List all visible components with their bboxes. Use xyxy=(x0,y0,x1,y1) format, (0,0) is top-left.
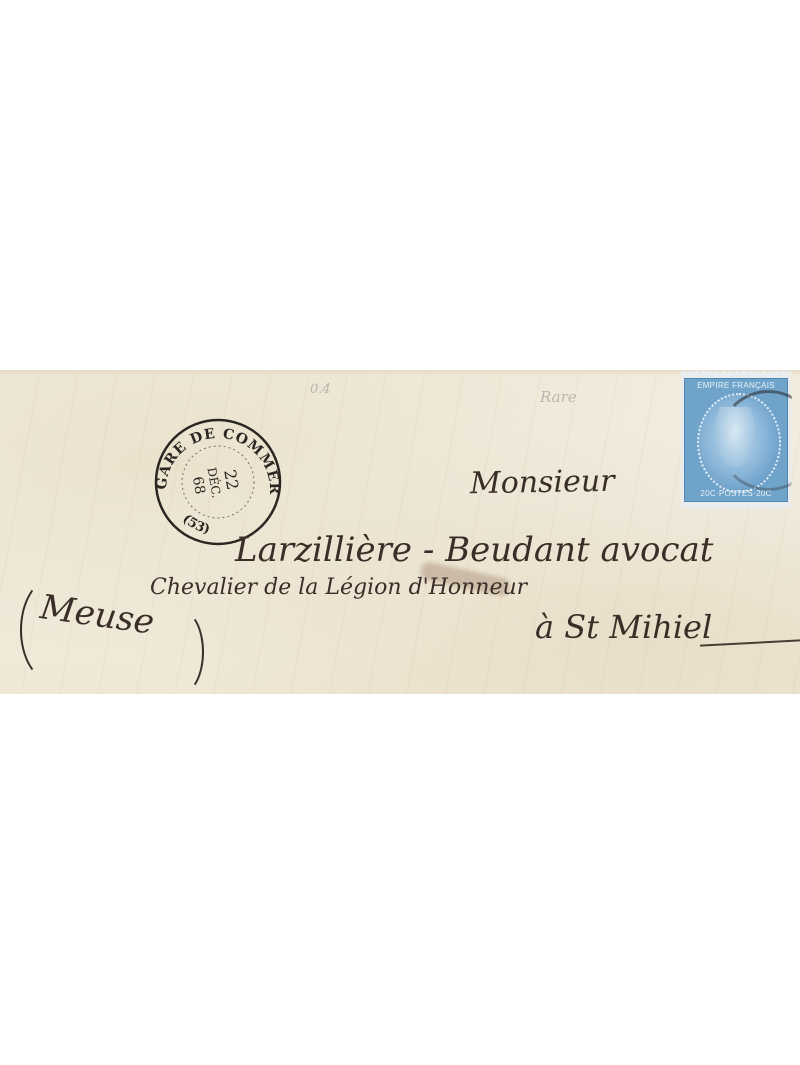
pencil-note-rare: Rare xyxy=(540,388,577,406)
address-city: à St Mihiel xyxy=(535,608,712,646)
city-underline xyxy=(700,639,800,646)
envelope: Rare 0.4 GARE DE COMMERCY (53) 22 DÉC. 6… xyxy=(0,370,800,694)
address-name: Larzillière - Beudant avocat xyxy=(235,530,713,570)
postage-stamp: EMPIRE FRANÇAIS 20C·POSTES·20C xyxy=(680,370,792,510)
envelope-top-edge xyxy=(0,370,800,376)
postmark-day: 22 xyxy=(220,468,242,491)
postmark-year: 68 xyxy=(189,475,208,495)
pencil-note-number: 0.4 xyxy=(310,382,331,397)
address-title: Chevalier de la Légion d'Honneur xyxy=(150,575,527,600)
address-salutation: Monsieur xyxy=(470,464,615,502)
dept-right-paren xyxy=(160,610,204,694)
